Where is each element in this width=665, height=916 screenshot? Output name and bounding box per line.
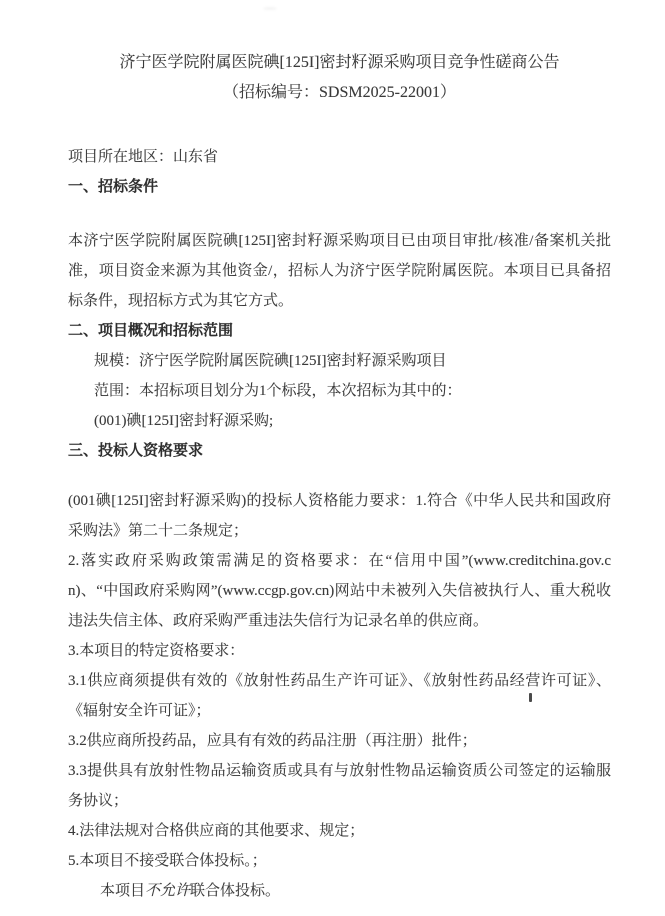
consortium-note-prefix: 本项目: [100, 883, 145, 899]
project-scale-line: 规模：济宁医学院附属医院碘[125I]密封籽源采购项目: [68, 346, 611, 376]
qualification-req-1: (001碘[125I]密封籽源采购)的投标人资格能力要求：1.符合《中华人民共和…: [68, 486, 611, 546]
lot-line: (001)碘[125I]密封籽源采购;: [68, 406, 611, 436]
document-title: 济宁医学院附属医院碘[125I]密封籽源采购项目竞争性磋商公告: [68, 48, 611, 78]
scan-smudge-artifact: [178, 889, 208, 893]
qualification-req-4: 4.法律法规对合格供应商的其他要求、规定；: [68, 816, 611, 846]
section-1-heading: 一、招标条件: [68, 172, 611, 202]
section-1-body: 本济宁医学院附属医院碘[125I]密封籽源采购项目已由项目审批/核准/备案机关批…: [68, 226, 611, 316]
scan-smudge-artifact: [263, 7, 277, 10]
document-content: 济宁医学院附属医院碘[125I]密封籽源采购项目竞争性磋商公告 （招标编号：SD…: [0, 0, 665, 906]
qualification-req-3: 3.本项目的特定资格要求：: [68, 636, 611, 666]
consortium-note: 本项目不允许联合体投标。: [68, 876, 611, 906]
project-region-line: 项目所在地区：山东省: [68, 142, 611, 172]
qualification-req-2: 2.落实政府采购政策需满足的资格要求：在“信用中国”(www.creditchi…: [68, 546, 611, 636]
qualification-req-3-3: 3.3提供具有放射性物品运输资质或具有与放射性物品运输资质公司签定的运输服务协议…: [68, 756, 611, 816]
tender-number: （招标编号：SDSM2025-22001）: [68, 78, 611, 108]
project-scope-line: 范围：本招标项目划分为1个标段，本次招标为其中的：: [68, 376, 611, 406]
section-3-heading: 三、投标人资格要求: [68, 436, 611, 466]
text-cursor-artifact: [529, 693, 532, 702]
section-2-heading: 二、项目概况和招标范围: [68, 316, 611, 346]
qualification-req-5: 5.本项目不接受联合体投标。；: [68, 846, 611, 876]
scanned-document-page: 济宁医学院附属医院碘[125I]密封籽源采购项目竞争性磋商公告 （招标编号：SD…: [0, 0, 665, 916]
qualification-req-3-2: 3.2供应商所投药品，应具有有效的药品注册（再注册）批件；: [68, 726, 611, 756]
